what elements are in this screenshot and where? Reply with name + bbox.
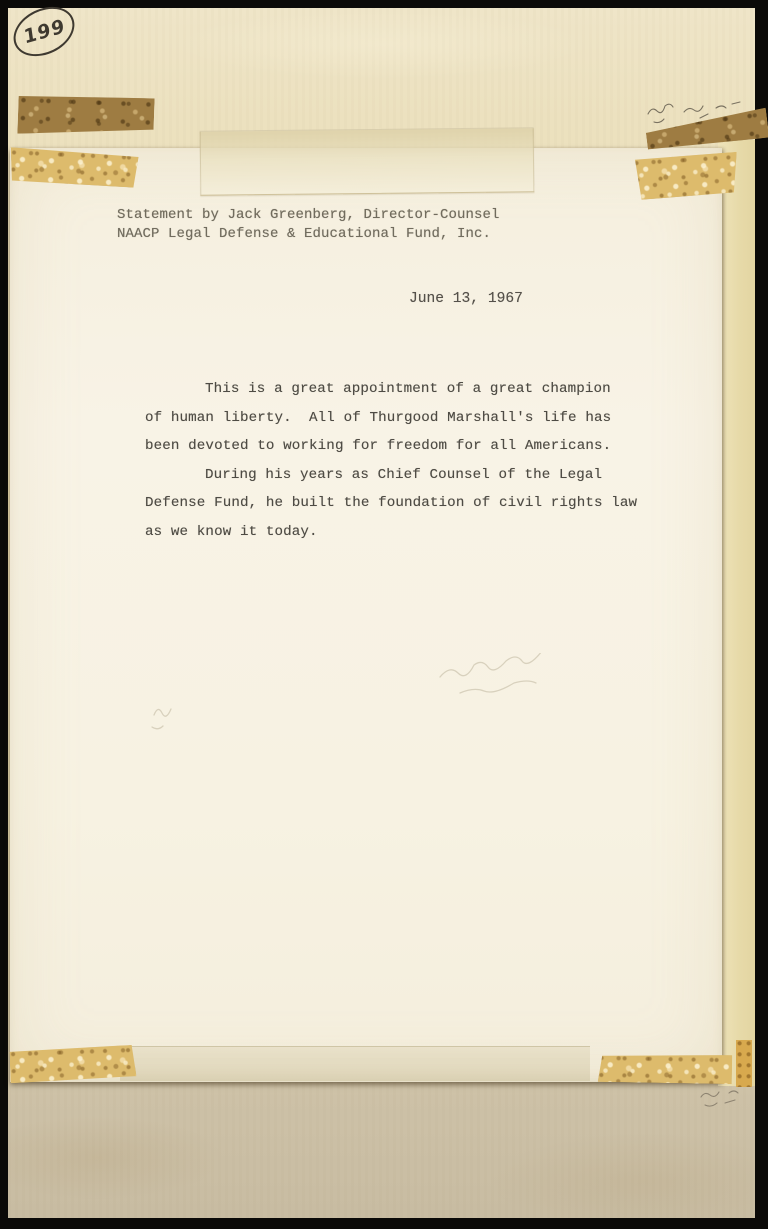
document-header: Statement by Jack Greenberg, Director-Co… (117, 206, 500, 244)
tape-top-right (633, 152, 739, 200)
date-line: June 13, 1967 (409, 291, 523, 307)
tape-bottom-right (598, 1053, 732, 1084)
document-page: Statement by Jack Greenberg, Director-Co… (10, 148, 722, 1082)
faint-pencil-marks (140, 653, 640, 743)
page-number-text: 199 (22, 15, 66, 49)
scan-frame: Statement by Jack Greenberg, Director-Co… (0, 0, 768, 1229)
tape-right-edge (736, 1040, 752, 1087)
body-line: been devoted to working for freedom for … (145, 432, 637, 461)
body-line: Defense Fund, he built the foundation of… (145, 489, 637, 518)
body-line: of human liberty. All of Thurgood Marsha… (145, 404, 637, 433)
header-line-1: Statement by Jack Greenberg, Director-Co… (117, 206, 500, 225)
body-text: This is a great appointment of a great c… (145, 375, 637, 547)
body-line: as we know it today. (145, 518, 637, 547)
body-line: This is a great appointment of a great c… (145, 375, 637, 404)
body-line: During his years as Chief Counsel of the… (145, 461, 637, 490)
header-line-2: NAACP Legal Defense & Educational Fund, … (117, 225, 500, 244)
tape-bottom-center (120, 1046, 590, 1081)
backing-right-strip (718, 140, 755, 1086)
tape-top-center (200, 127, 535, 195)
